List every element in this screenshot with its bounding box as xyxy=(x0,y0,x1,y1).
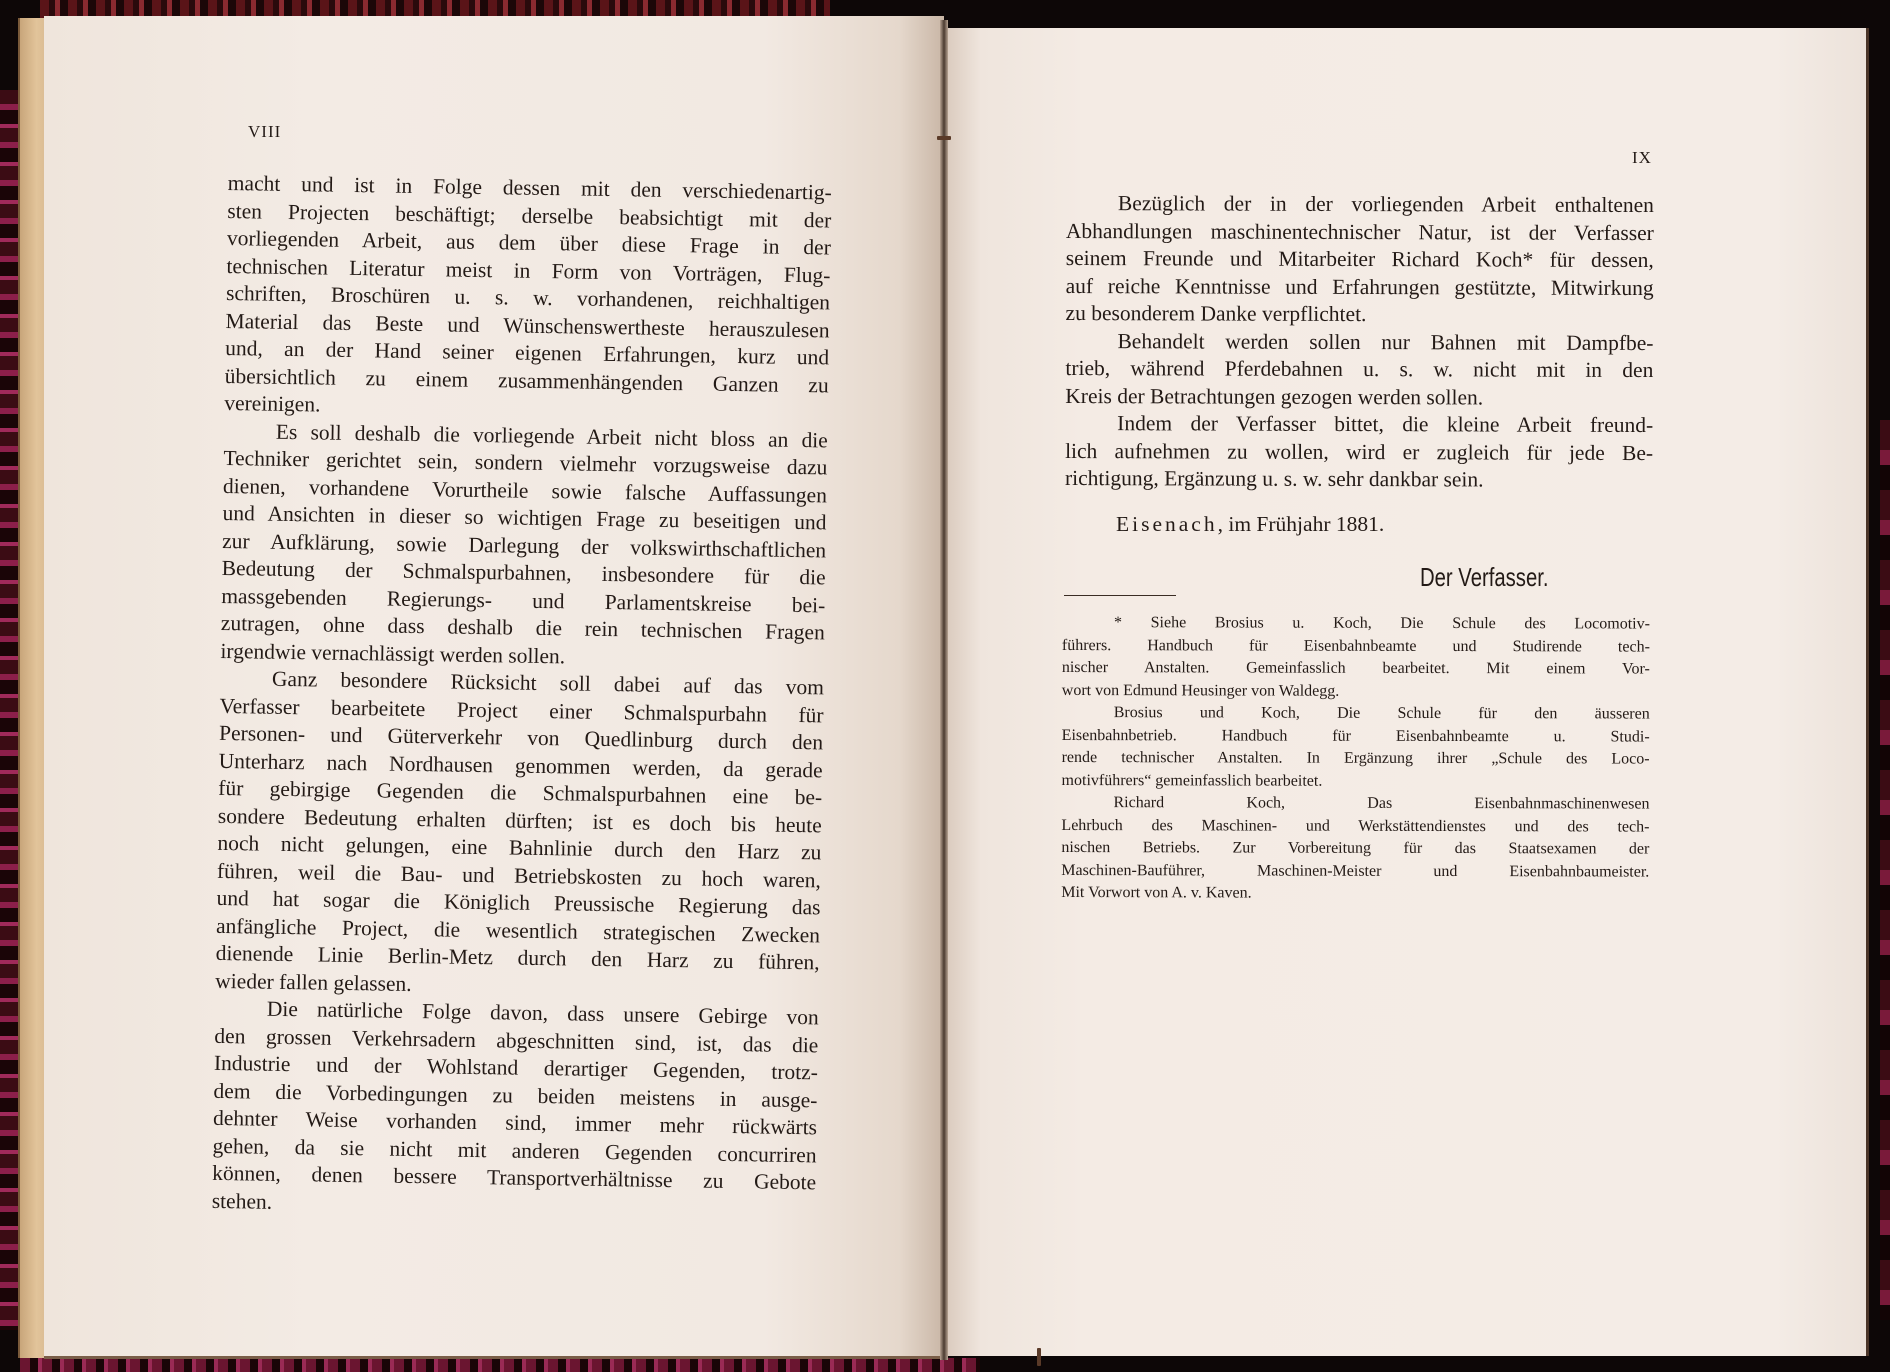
text-line: seinem Freunde und Mitarbeiter Richard K… xyxy=(1066,245,1654,275)
text-line: auf reiche Kenntnisse und Erfahrungen ge… xyxy=(1066,272,1654,302)
place-name: Eisenach xyxy=(1116,512,1218,536)
binding-thread-mark-bottom xyxy=(1037,1348,1041,1366)
footnote-line: Lehrbuch des Maschinen- und Werkstättend… xyxy=(1061,814,1649,838)
footnote-line: Eisenbahnbetrieb. Handbuch für Eisenbahn… xyxy=(1062,724,1650,748)
right-page-body-text: Bezüglich der in der vorliegenden Arbeit… xyxy=(1065,190,1654,495)
footnote-line: motivführers“ gemeinfasslich bearbeitet. xyxy=(1062,769,1650,793)
left-page-body-text: macht und ist in Folge dessen mit den ve… xyxy=(212,170,832,1224)
footnote-line: rende technischer Anstalten. In Ergänzun… xyxy=(1062,747,1650,771)
book-spine-gutter xyxy=(940,20,948,1360)
text-line: Abhandlungen maschinentechnischer Natur,… xyxy=(1066,217,1654,247)
footnote-line: Brosius und Koch, Die Schule für den äus… xyxy=(1062,702,1650,726)
text-line: Indem der Verfasser bittet, die kleine A… xyxy=(1065,410,1653,440)
marbled-cover-left-edge xyxy=(0,90,18,1330)
footnote-line: wort von Edmund Heusinger von Waldegg. xyxy=(1062,679,1650,703)
date-text: , im Frühjahr 1881. xyxy=(1218,512,1385,536)
footnote-line: nischer Anstalten. Gemeinfasslich bearbe… xyxy=(1062,657,1650,681)
footnotes: * Siehe Brosius u. Koch, Die Schule des … xyxy=(1061,612,1650,906)
author-signature: Der Verfasser. xyxy=(1420,562,1548,593)
text-line: Behandelt werden sollen nur Bahnen mit D… xyxy=(1065,327,1653,357)
text-line: Kreis der Betrachtungen gezogen werden s… xyxy=(1065,382,1653,412)
text-line: lich aufnehmen zu wollen, wird er zuglei… xyxy=(1065,437,1653,467)
footnote-separator-rule xyxy=(1064,595,1176,596)
text-line: zu besonderem Danke verpflichtet. xyxy=(1066,300,1654,330)
binding-thread-mark xyxy=(937,136,951,140)
page-number-right: IX xyxy=(1632,148,1652,168)
footnote-line: nischen Betriebs. Zur Vorbereitung für d… xyxy=(1061,837,1649,861)
footnote-line: Richard Koch, Das Eisenbahnmaschinenwese… xyxy=(1061,792,1649,816)
marbled-cover-bottom-edge xyxy=(20,1358,980,1372)
footnote-line: Maschinen-Bauführer, Maschinen-Meister u… xyxy=(1061,859,1649,883)
footnote-line: Mit Vorwort von A. v. Kaven. xyxy=(1061,882,1649,906)
text-line: richtigung, Ergänzung u. s. w. sehr dank… xyxy=(1065,465,1653,495)
footnote-line: * Siehe Brosius u. Koch, Die Schule des … xyxy=(1062,612,1650,636)
page-number-left: VIII xyxy=(248,122,281,142)
text-line: Bezüglich der in der vorliegenden Arbeit… xyxy=(1066,190,1654,220)
place-and-date: Eisenach, im Frühjahr 1881. xyxy=(1116,512,1384,537)
footnote-line: führers. Handbuch für Eisenbahnbeamte un… xyxy=(1062,634,1650,658)
marbled-cover-right-edge xyxy=(1880,420,1890,1320)
text-line: trieb, während Pferdebahnen u. s. w. nic… xyxy=(1065,355,1653,385)
